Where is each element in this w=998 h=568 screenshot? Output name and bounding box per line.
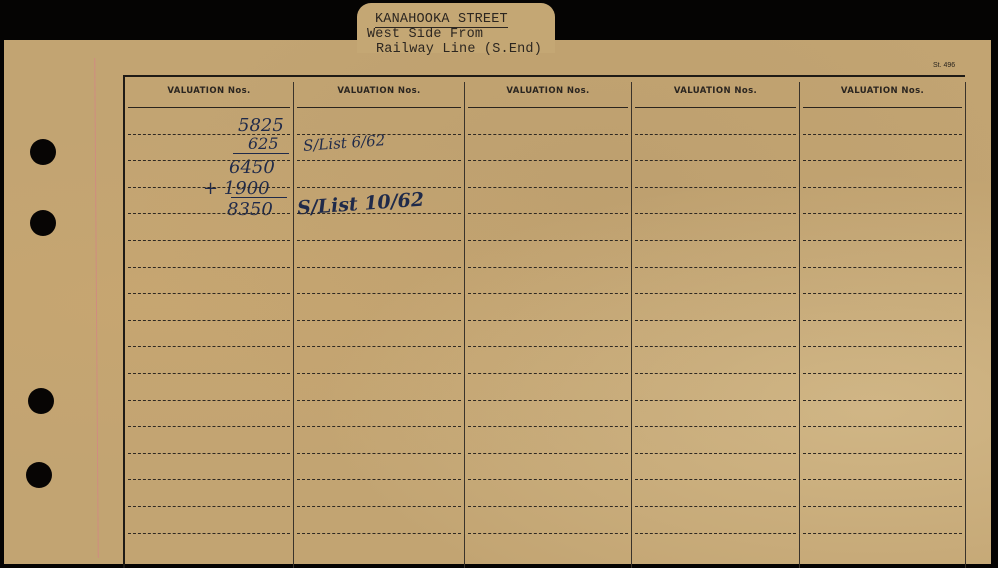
row-rule (468, 426, 628, 427)
column-header: VALUATION Nos. (632, 86, 799, 96)
column-header: VALUATION Nos. (294, 86, 464, 96)
row-rule (468, 213, 628, 214)
form-code: St. 496 (933, 62, 955, 69)
punch-hole-icon (30, 139, 56, 165)
row-rule (803, 533, 962, 534)
column-2: VALUATION Nos. (294, 82, 465, 568)
row-rule (128, 213, 290, 214)
row-rule (297, 267, 461, 268)
row-rule (297, 453, 461, 454)
row-rule (297, 533, 461, 534)
row-rule (468, 267, 628, 268)
row-rule (468, 320, 628, 321)
row-rule (635, 320, 796, 321)
row-rule (803, 506, 962, 507)
row-rule (128, 426, 290, 427)
location-line-1: West Side From (367, 27, 542, 42)
row-rule (128, 293, 290, 294)
row-rule (128, 134, 290, 135)
row-rule (297, 506, 461, 507)
punch-hole-icon (30, 210, 56, 236)
row-rule (803, 479, 962, 480)
row-rule (468, 346, 628, 347)
row-rule (803, 346, 962, 347)
punch-hole-icon (28, 388, 54, 414)
column-5: VALUATION Nos. (800, 82, 966, 568)
row-rule (297, 293, 461, 294)
row-rule (128, 373, 290, 374)
row-rule (635, 267, 796, 268)
row-rule (297, 240, 461, 241)
row-rule (468, 160, 628, 161)
row-rule (468, 373, 628, 374)
row-rule (128, 267, 290, 268)
row-rule (128, 533, 290, 534)
row-rule (803, 400, 962, 401)
row-rule (803, 426, 962, 427)
row-rule (635, 213, 796, 214)
row-rule (803, 453, 962, 454)
column-header: VALUATION Nos. (800, 86, 965, 96)
sum-underline (233, 153, 289, 154)
row-rule (803, 373, 962, 374)
row-rule (297, 400, 461, 401)
row-rule (803, 293, 962, 294)
row-rule (803, 160, 962, 161)
row-rule (803, 240, 962, 241)
row-rule (297, 187, 461, 188)
handwritten-value: 8350 (227, 199, 273, 220)
row-rule (803, 320, 962, 321)
row-rule (297, 107, 461, 108)
row-rule (128, 187, 290, 188)
row-rule (635, 453, 796, 454)
row-rule (635, 346, 796, 347)
row-rule (468, 506, 628, 507)
row-rule (297, 426, 461, 427)
row-rule (803, 187, 962, 188)
column-3: VALUATION Nos. (465, 82, 632, 568)
row-rule (803, 107, 962, 108)
row-rule (297, 479, 461, 480)
row-rule (635, 479, 796, 480)
column-4: VALUATION Nos. (632, 82, 800, 568)
valuation-table: VALUATION Nos. VALUATION Nos. VALUATION … (123, 75, 965, 568)
row-rule (468, 107, 628, 108)
row-rule (468, 134, 628, 135)
column-header: VALUATION Nos. (125, 86, 293, 96)
row-rule (128, 400, 290, 401)
row-rule (635, 134, 796, 135)
row-rule (297, 160, 461, 161)
row-rule (635, 400, 796, 401)
row-rule (128, 479, 290, 480)
row-rule (468, 533, 628, 534)
row-rule (128, 107, 290, 108)
tab-label: KANAHOOKA STREET West Side From Railway … (367, 12, 542, 57)
row-rule (635, 533, 796, 534)
column-1: VALUATION Nos. (125, 82, 294, 568)
row-rule (468, 187, 628, 188)
row-rule (635, 160, 796, 161)
street-name: KANAHOOKA STREET (367, 12, 542, 27)
row-rule (635, 506, 796, 507)
row-rule (128, 160, 290, 161)
punch-hole-icon (26, 462, 52, 488)
row-rule (635, 107, 796, 108)
row-rule (128, 240, 290, 241)
row-rule (635, 426, 796, 427)
row-rule (635, 373, 796, 374)
row-rule (128, 346, 290, 347)
handwritten-value: 625 (248, 134, 279, 153)
row-rule (803, 267, 962, 268)
row-rule (468, 240, 628, 241)
row-rule (635, 293, 796, 294)
row-rule (468, 453, 628, 454)
row-rule (468, 400, 628, 401)
row-rule (297, 320, 461, 321)
handwritten-value: + 1900 (203, 178, 270, 199)
row-rule (297, 213, 461, 214)
row-rule (468, 479, 628, 480)
sum-underline (231, 197, 287, 198)
row-rule (635, 187, 796, 188)
row-rule (128, 453, 290, 454)
row-rule (468, 293, 628, 294)
row-rule (297, 373, 461, 374)
row-rule (128, 320, 290, 321)
column-header: VALUATION Nos. (465, 86, 631, 96)
row-rule (297, 346, 461, 347)
row-rule (128, 506, 290, 507)
row-rule (803, 134, 962, 135)
row-rule (635, 240, 796, 241)
row-rule (803, 213, 962, 214)
row-rule (297, 134, 461, 135)
location-line-2: Railway Line (S.End) (367, 42, 542, 57)
